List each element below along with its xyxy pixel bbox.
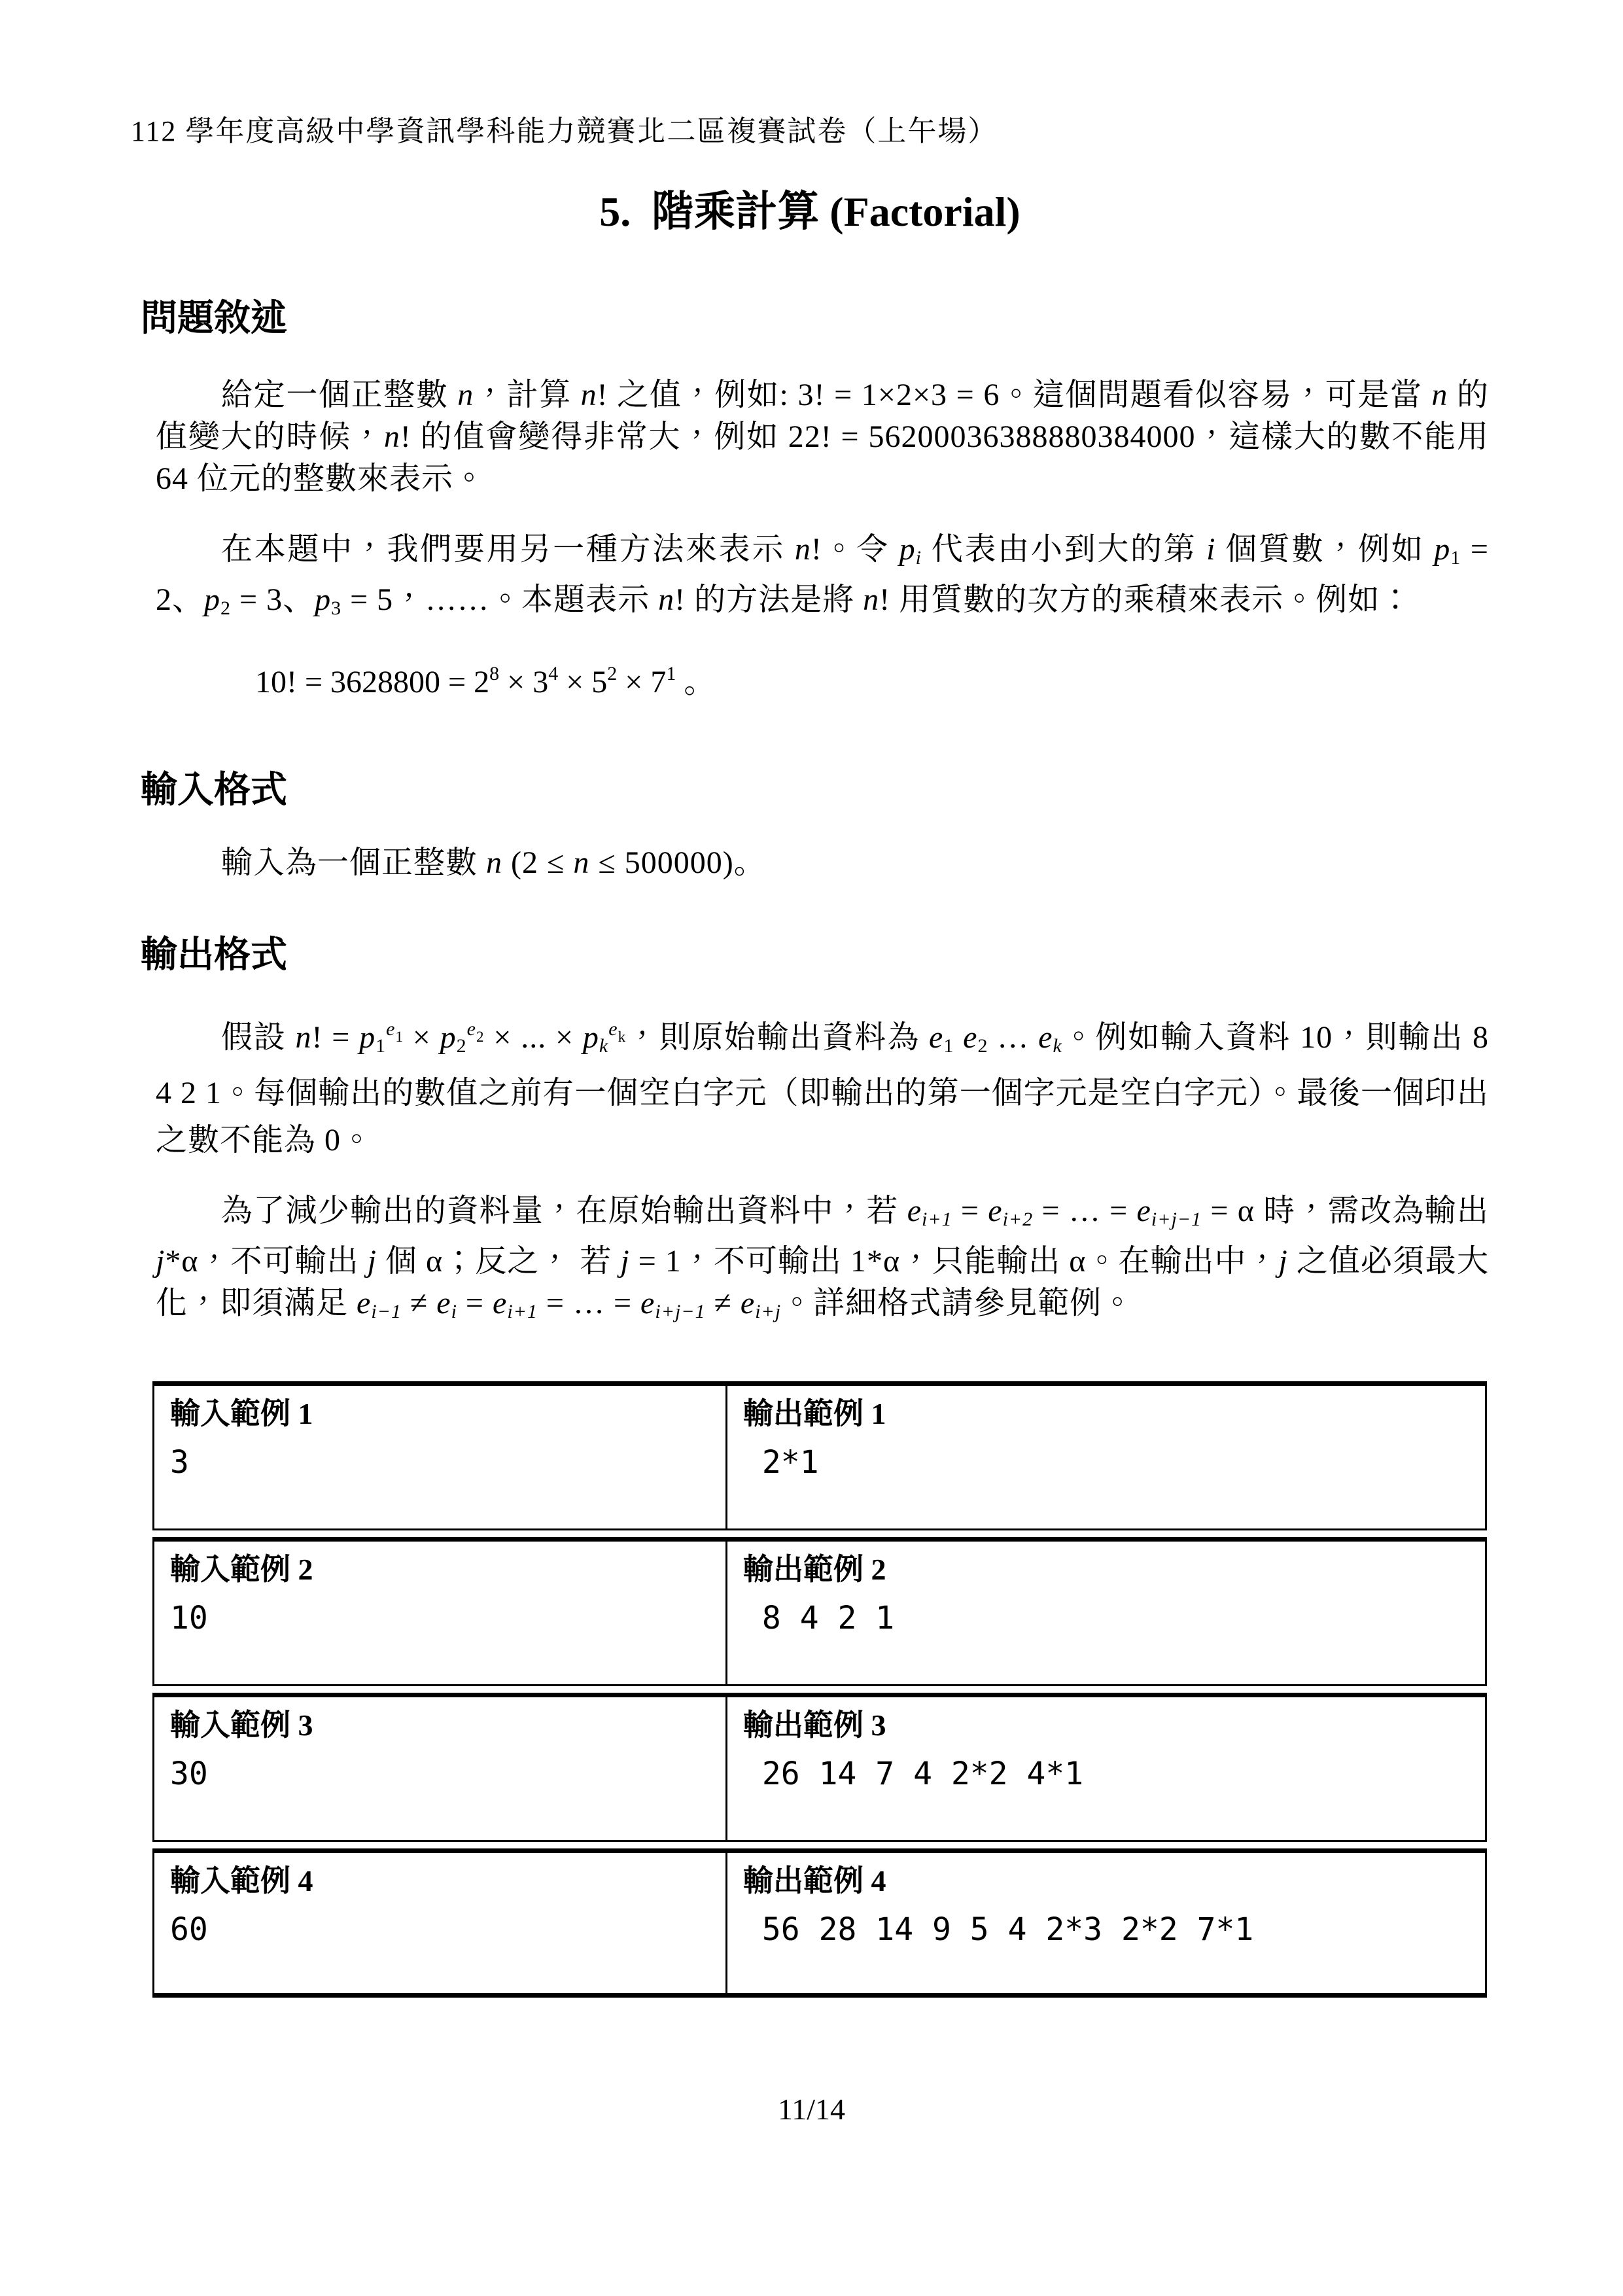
text-run: ! = — [311, 1020, 359, 1055]
text-run: = α 時，需改為輸出 — [1202, 1193, 1489, 1228]
text-run: i — [451, 1301, 457, 1322]
output-example-value-4: 56 28 14 9 5 4 2*3 2*2 7*1 — [743, 1911, 1469, 1949]
text-run: i+1 — [507, 1301, 538, 1322]
text-run: j — [156, 1244, 165, 1279]
text-run: × 5 — [558, 665, 607, 699]
text-run: j — [1279, 1244, 1288, 1279]
section-heading-output: 輸出格式 — [141, 934, 1489, 977]
input-format-paragraph: 輸入為一個正整數 n (2 ≤ n ≤ 500000)。 — [156, 842, 1489, 884]
text-run: p — [315, 582, 331, 617]
text-run: e — [741, 1286, 755, 1320]
text-run: p — [359, 1020, 375, 1055]
text-run: × — [404, 1020, 440, 1055]
section-heading-input: 輸入格式 — [141, 769, 1489, 812]
text-run: i+j — [755, 1301, 781, 1322]
text-run: 1 — [375, 1035, 386, 1057]
section-heading-problem: 問題敘述 — [141, 297, 1489, 340]
output-example-label-2: 輸出範例 2 — [743, 1551, 1469, 1589]
text-run: e — [493, 1286, 507, 1320]
text-run: n — [581, 378, 597, 412]
text-run: p — [204, 582, 220, 617]
text-run: k — [1053, 1035, 1062, 1057]
input-example-label-3: 輸入範例 3 — [170, 1706, 710, 1744]
text-run: ! 的方法是將 — [674, 582, 863, 617]
input-example-label-4: 輸入範例 4 — [170, 1862, 710, 1900]
text-run: = 3、 — [231, 582, 315, 617]
text-run: … — [988, 1020, 1038, 1055]
text-run: 2 — [457, 1035, 467, 1057]
text-run: 。詳細格式請參見範例。 — [781, 1286, 1134, 1320]
text-run: 1 — [666, 663, 676, 684]
text-run: i−1 — [371, 1301, 402, 1322]
text-run: e — [929, 1020, 943, 1055]
text-run: i — [1206, 532, 1215, 567]
text-run: i — [916, 547, 922, 569]
text-run: ≠ — [402, 1286, 436, 1320]
text-run: 為了減少輸出的資料量，在原始輸出資料中，若 — [221, 1193, 907, 1228]
text-run: ! 用質數的次方的乘積來表示。例如： — [879, 582, 1412, 617]
text-run: e — [436, 1286, 451, 1320]
example-row-1: 輸入範例 1 3 輸出範例 1 2*1 — [152, 1381, 1487, 1530]
page-title: 5. 階乘計算 (Factorial) — [131, 187, 1489, 237]
input-example-cell-4: 輸入範例 4 60 — [154, 1853, 725, 1993]
text-run: *α，不可輸出 — [165, 1244, 367, 1279]
text-run: e — [386, 1018, 395, 1040]
input-example-value-3: 30 — [170, 1755, 710, 1793]
text-run: n — [486, 845, 502, 880]
text-run: × 7 — [617, 665, 666, 699]
input-example-value-4: 60 — [170, 1911, 710, 1949]
output-example-cell-3: 輸出範例 3 26 14 7 4 2*2 4*1 — [725, 1697, 1485, 1840]
text-run — [954, 1020, 963, 1055]
text-run: 在本題中，我們要用另一種方法來表示 — [221, 532, 795, 567]
text-run: k — [618, 1029, 627, 1045]
text-run: 個質數，例如 — [1215, 532, 1434, 567]
text-run: e — [357, 1286, 371, 1320]
text-run: 4 — [548, 663, 558, 684]
input-example-value-1: 3 — [170, 1443, 710, 1481]
problem-paragraph-2: 在本題中，我們要用另一種方法來表示 n!。令 pi 代表由小到大的第 i 個質數… — [156, 529, 1489, 629]
text-run: = — [952, 1193, 988, 1228]
example-row-2: 輸入範例 2 10 輸出範例 2 8 4 2 1 — [152, 1537, 1487, 1686]
text-run: e — [907, 1193, 922, 1228]
text-run: 假設 — [221, 1020, 295, 1055]
text-run: 2 — [607, 663, 617, 684]
text-run: e — [608, 1018, 618, 1040]
text-run: 給定一個正整數 — [221, 378, 457, 412]
text-run: × 3 — [499, 665, 548, 699]
input-example-label-1: 輸入範例 1 — [170, 1395, 710, 1433]
output-example-cell-2: 輸出範例 2 8 4 2 1 — [725, 1542, 1485, 1684]
problem-paragraph-1: 給定一個正整數 n，計算 n! 之值，例如: 3! = 1×2×3 = 6。這個… — [156, 374, 1489, 500]
text-run: n — [573, 845, 589, 880]
input-example-cell-3: 輸入範例 3 30 — [154, 1697, 725, 1840]
text-run: 2 — [220, 597, 231, 619]
text-run: 2 — [476, 1029, 485, 1045]
text-run: 1 — [943, 1035, 954, 1057]
text-run: = … = — [1033, 1193, 1136, 1228]
text-run: !。令 — [811, 532, 899, 567]
text-run: ≤ 500000)。 — [589, 845, 765, 880]
text-run: i+j−1 — [1151, 1209, 1202, 1230]
text-run: × ... × — [485, 1020, 583, 1055]
text-run: 10! = 3628800 = 2 — [255, 665, 489, 699]
text-run: 。 — [676, 665, 715, 699]
text-run: e — [1038, 1020, 1053, 1055]
output-example-label-4: 輸出範例 4 — [743, 1862, 1469, 1900]
text-run: n — [863, 582, 879, 617]
text-run: ! 之值，例如: 3! = 1×2×3 = 6。這個問題看似容易，可是當 — [597, 378, 1432, 412]
text-run: 代表由小到大的第 — [922, 532, 1206, 567]
text-run: 個 α；反之， 若 — [377, 1244, 620, 1279]
input-example-value-2: 10 — [170, 1599, 710, 1637]
text-run: 輸入為一個正整數 — [221, 845, 486, 880]
text-run: j — [368, 1244, 377, 1279]
text-run: 1 — [1450, 547, 1461, 569]
text-run: e — [640, 1286, 655, 1320]
output-example-value-2: 8 4 2 1 — [743, 1599, 1469, 1637]
output-example-value-1: 2*1 — [743, 1443, 1469, 1481]
text-run: 8 — [489, 663, 499, 684]
example-row-3: 輸入範例 3 30 輸出範例 3 26 14 7 4 2*2 4*1 — [152, 1693, 1487, 1842]
text-run: e — [988, 1193, 1002, 1228]
output-example-label-1: 輸出範例 1 — [743, 1395, 1469, 1433]
text-run: e — [467, 1018, 476, 1040]
text-run: n — [384, 419, 400, 454]
text-run: i+1 — [922, 1209, 952, 1230]
text-run: p — [440, 1020, 457, 1055]
text-run: ≠ — [706, 1286, 741, 1320]
text-run: = 1，不可輸出 1*α，只能輸出 α。在輸出中， — [630, 1244, 1279, 1279]
output-example-cell-4: 輸出範例 4 56 28 14 9 5 4 2*3 2*2 7*1 — [725, 1853, 1485, 1993]
input-example-label-2: 輸入範例 2 — [170, 1551, 710, 1589]
text-run: j — [620, 1244, 629, 1279]
text-run: i+j−1 — [655, 1301, 705, 1322]
input-example-cell-2: 輸入範例 2 10 — [154, 1542, 725, 1684]
example-row-4: 輸入範例 4 60 輸出範例 4 56 28 14 9 5 4 2*3 2*2 … — [152, 1848, 1487, 1998]
text-run: e — [1137, 1193, 1151, 1228]
text-run: 1 — [395, 1029, 404, 1045]
text-run: n — [658, 582, 674, 617]
document-page: 112 學年度高級中學資訊學科能力競賽北二區複賽試卷（上午場） 5. 階乘計算 … — [0, 0, 1623, 2296]
text-run: e — [963, 1020, 977, 1055]
text-run: k — [599, 1035, 608, 1057]
output-example-label-3: 輸出範例 3 — [743, 1706, 1469, 1744]
text-run: ，則原始輸出資料為 — [626, 1020, 929, 1055]
text-run: = … = — [538, 1286, 640, 1320]
text-run: n — [457, 378, 474, 412]
examples-table: 輸入範例 1 3 輸出範例 1 2*1 輸入範例 2 10 輸出範例 2 8 4… — [152, 1381, 1487, 1998]
text-run: p — [899, 532, 916, 567]
output-example-value-3: 26 14 7 4 2*2 4*1 — [743, 1755, 1469, 1793]
text-run: n — [795, 532, 811, 567]
text-run: n — [1431, 378, 1448, 412]
document-header: 112 學年度高級中學資訊學科能力競賽北二區複賽試卷（上午場） — [131, 113, 1489, 150]
output-format-paragraph-2: 為了減少輸出的資料量，在原始輸出資料中，若 ei+1 = ei+2 = … = … — [156, 1190, 1489, 1333]
output-format-paragraph-1: 假設 n! = p1e1 × p2e2 × ... × pkek，則原始輸出資料… — [156, 1006, 1489, 1164]
text-run: p — [1434, 532, 1450, 567]
text-run: = 5，……。本題表示 — [341, 582, 658, 617]
text-run: i+2 — [1003, 1209, 1034, 1230]
text-run: ，計算 — [474, 378, 580, 412]
text-run: (2 ≤ — [502, 845, 573, 880]
text-run: n — [295, 1020, 311, 1055]
text-run: 2 — [977, 1035, 988, 1057]
text-run: = — [457, 1286, 493, 1320]
output-example-cell-1: 輸出範例 1 2*1 — [725, 1386, 1485, 1528]
factorial-formula: 10! = 3628800 = 28 × 34 × 52 × 71 。 — [255, 653, 1489, 703]
page-number: 11/14 — [0, 2091, 1623, 2128]
text-run: 3 — [331, 597, 341, 619]
text-run: p — [583, 1020, 599, 1055]
input-example-cell-1: 輸入範例 1 3 — [154, 1386, 725, 1528]
